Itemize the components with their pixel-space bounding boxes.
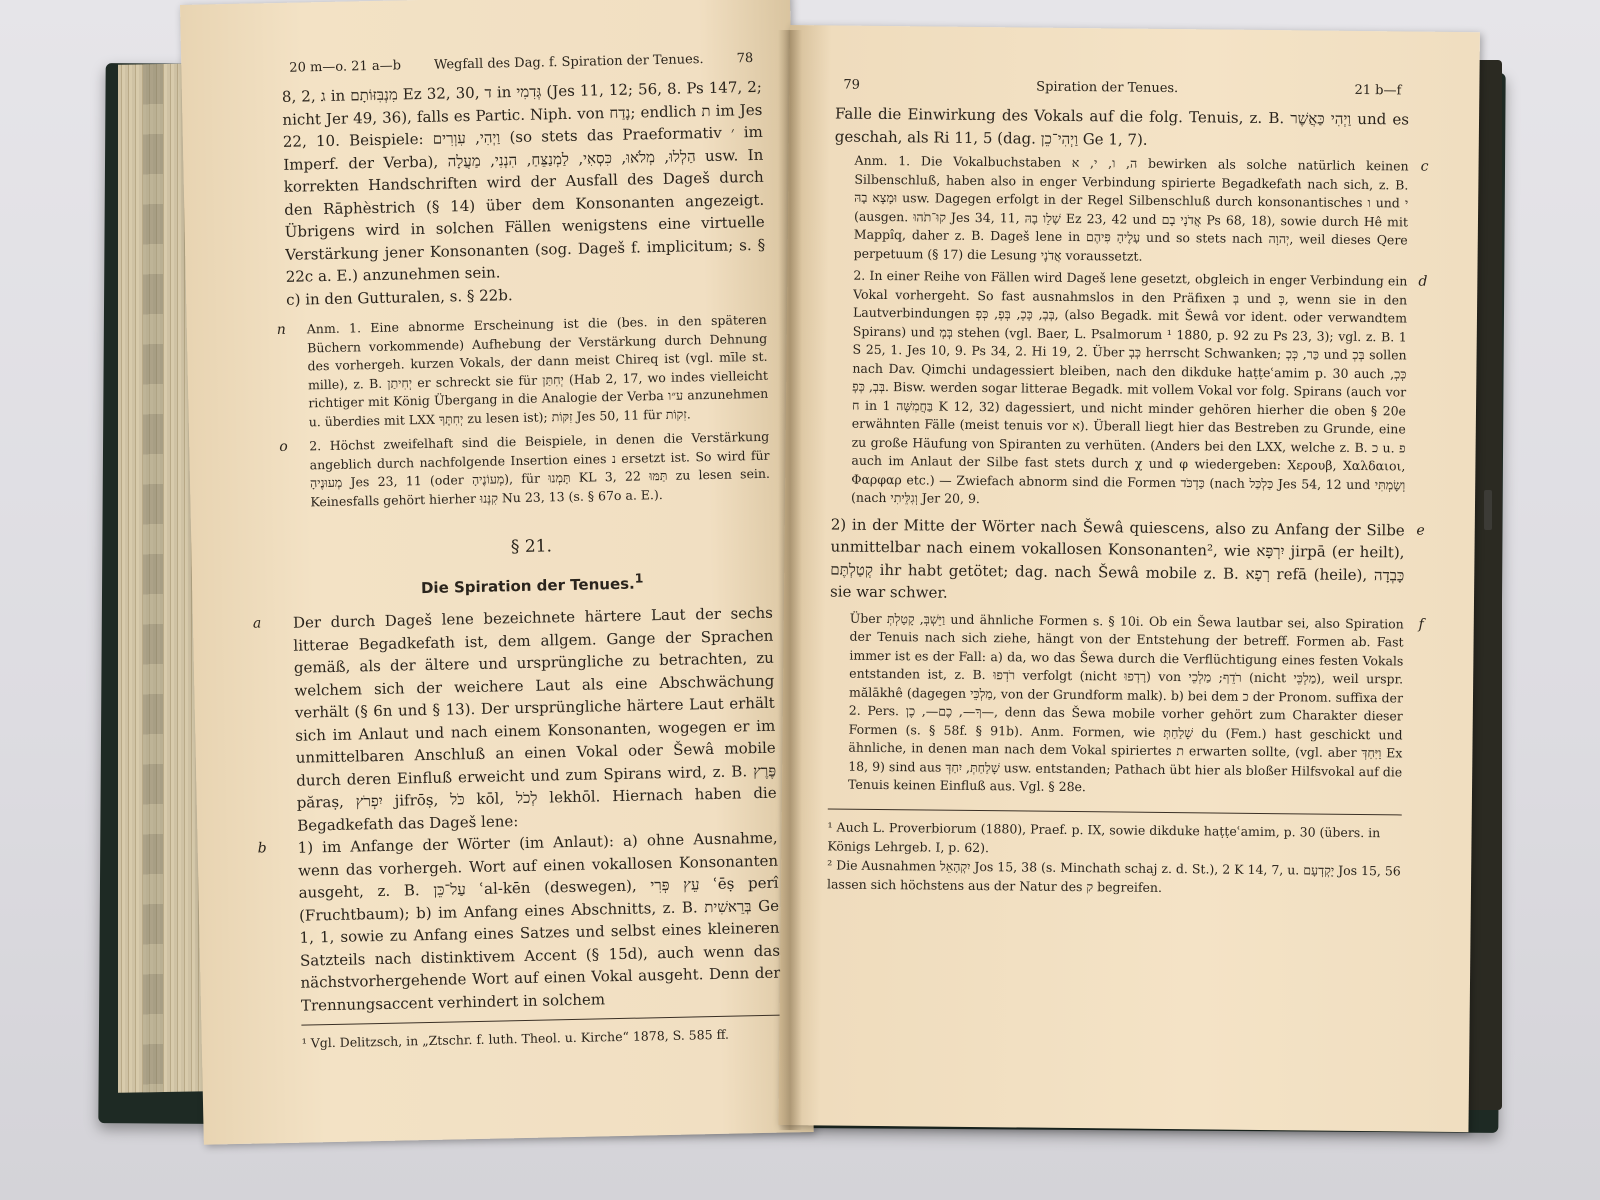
right-page-number: 79 [843,78,860,93]
left-note-o-text: 2. Höchst zweifelhaft sind die Beispiele… [309,429,770,509]
right-footnote-1: ¹ Auch L. Proverbiorum (1880), Praef. p.… [827,817,1401,861]
left-body-a-text: Der durch Dageš lene bezeichnete härtere… [293,604,777,835]
right-header-title: Spiration der Tenues. [1036,80,1178,96]
left-note-o: o 2. Höchst zweifelhaft sind die Beispie… [289,428,770,512]
right-paragraph-e-text: 2) in der Mitte der Wörter nach Šewâ qui… [830,515,1405,602]
left-body-b-text: 1) im Anfange der Wörter (im Anlaut): a)… [297,829,780,1015]
margin-letter-c: c [1421,158,1429,177]
margin-letter-f: f [1418,615,1423,634]
section-title-text: Die Spiration der Tenues. [421,575,635,597]
margin-letter-e: e [1416,519,1425,542]
right-note-f-text: Über וַיֵּשְׁבְּ, קָטַלְתְּ und ähnliche… [848,610,1404,794]
margin-letter-o: o [279,438,288,457]
left-note-n: n Anm. 1. Eine abnorme Erscheinung ist d… [287,311,769,432]
margin-letter-n: n [277,321,286,340]
right-note-f: f Über וַיֵּשְׁבְּ, קָטַלְתְּ und ähnlic… [828,609,1404,800]
margin-letter-b: b [257,837,266,860]
section-title: Die Spiration der Tenues.1 [292,568,772,600]
left-header-title: Wegfall des Dag. f. Spiration der Tenues… [434,52,704,73]
left-page-number: 78 [737,51,754,66]
right-page: 79 Spiration der Tenues. 21 b—f Falle di… [778,25,1479,1132]
right-paragraph-e: e 2) in der Mitte der Wörter nach Šewâ q… [830,513,1405,609]
right-footnote-2: ² Die Ausnahmen יִקְהָאֵל Jos 15, 38 (s.… [827,855,1401,899]
right-note-d-text: 2. In einer Reihe von Fällen wird Dageš … [851,268,1407,506]
left-header-range: 20 m—o. 21 a—b [289,58,401,75]
right-note-c: c Anm. 1. Die Vokalbuchstaben ה, ו, י, א… [834,151,1409,268]
left-body-b: b 1) im Anfange der Wörter (im Anlaut): … [297,827,781,1017]
margin-letter-d: d [1418,273,1427,292]
right-header-range: 21 b—f [1354,83,1401,98]
right-note-c-text: Anm. 1. Die Vokalbuchstaben ה, ו, י, א b… [854,153,1409,264]
right-running-head: 79 Spiration der Tenues. 21 b—f [835,77,1409,98]
section-title-footnote-mark: 1 [634,570,643,585]
left-footnote-rule [301,1015,781,1026]
left-body-a: a Der durch Dageš lene bezeichnete härte… [293,602,778,837]
left-continued-paragraph: 8, 2, ג in מִנְבִּזּוֹתָם Ez 32, 30, ד i… [282,76,766,289]
left-footnote: ¹ Vgl. Delitzsch, in „Ztschr. f. luth. T… [302,1024,782,1053]
section-number: § 21. [291,532,771,562]
right-note-d: d 2. In einer Reihe von Fällen wird Dage… [831,266,1407,512]
left-running-head: 20 m—o. 21 a—b Wegfall des Dag. f. Spira… [281,51,761,76]
book-gutter [778,30,802,1130]
right-paragraph-continued: Falle die Einwirkung des Vokals auf die … [835,102,1409,153]
right-footnote-rule [828,808,1402,815]
bookmark-ribbon [1484,490,1492,530]
left-page: 20 m—o. 21 a—b Wegfall des Dag. f. Spira… [180,0,814,1145]
left-note-n-text: Anm. 1. Eine abnorme Erscheinung ist die… [307,312,769,429]
margin-letter-a: a [253,612,262,635]
